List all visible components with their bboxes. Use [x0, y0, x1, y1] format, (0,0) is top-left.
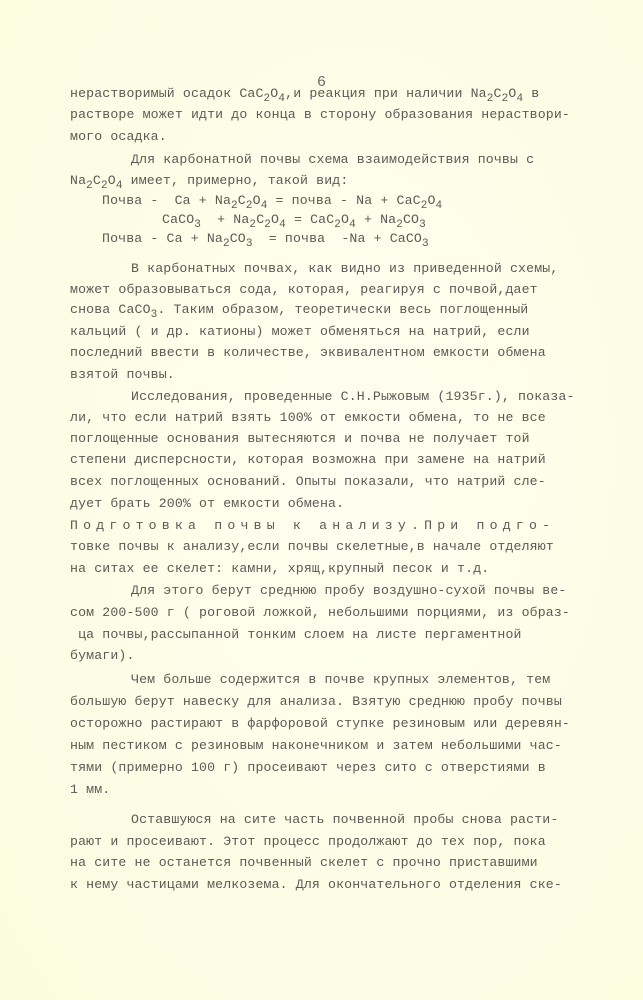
subscript: 2: [396, 219, 403, 231]
text-line: мого осадка.: [70, 129, 167, 145]
subscript: 2: [487, 93, 494, 105]
subscript: 2: [231, 200, 238, 212]
text-fragment: O: [271, 212, 279, 227]
text-line: ли, что если натрий взять 100% от емкост…: [70, 410, 546, 426]
text-fragment: O: [253, 193, 261, 208]
text-fragment: O: [341, 212, 349, 227]
text-fragment: C: [238, 193, 246, 208]
text-line-content: на сите не останется почвенный скелет с …: [70, 855, 538, 870]
subscript: 3: [422, 238, 429, 250]
subscript: 3: [246, 238, 253, 250]
text-line-content: 1 мм.: [70, 782, 110, 797]
text-line: нерастворимый осадок CaC2O4,и реакция пр…: [70, 86, 539, 102]
text-line-content: ли, что если натрий взять 100% от емкост…: [70, 410, 546, 425]
text-line: Почва - Ca + Na2C2O4 = почва - Na + CaC2…: [102, 193, 442, 209]
text-line-content: товке почвы к анализу,если почвы скелетн…: [70, 539, 554, 554]
text-fragment: CO: [403, 212, 419, 227]
text-fragment: O: [108, 173, 116, 188]
subscript: 4: [349, 219, 356, 231]
text-line: Почва - Ca + Na2CO3 = почва -Na + CaCO3: [102, 231, 429, 247]
text-line-content: нерастворимый осадок CaC: [70, 86, 264, 101]
text-line-content: Подготовка почвы к анализу: [70, 518, 411, 533]
text-line-content: сом 200-500 г ( роговой ложкой, небольши…: [70, 605, 570, 620]
text-line: на ситах ее скелет: камни, хрящ,крупный …: [70, 561, 489, 577]
subscript: 4: [279, 219, 286, 231]
text-line: на сите не останется почвенный скелет с …: [70, 855, 538, 871]
text-line-content: рают и просеивают. Этот процесс продолжа…: [70, 834, 546, 849]
text-line: может образовываться сода, которая, реаг…: [70, 282, 538, 298]
text-line: большую берут навеску для анализа. Взяту…: [70, 694, 562, 710]
text-fragment: C: [93, 173, 101, 188]
text-line-content: ным пестиком с резиновым наконечником и …: [70, 738, 562, 753]
document-page: 6 нерастворимый осадок CaC2O4,и реакция …: [0, 0, 643, 1000]
text-fragment: = CaC: [286, 212, 334, 227]
text-line: товке почвы к анализу,если почвы скелетн…: [70, 539, 554, 555]
text-line-content: всех поглощенных оснований. Опыты показа…: [70, 474, 546, 489]
text-line: взятой почвы.: [70, 367, 175, 383]
text-line-content: ца почвы,рассыпанной тонким слоем на лис…: [70, 627, 522, 642]
text-line-content: Na: [70, 173, 86, 188]
text-line-content: степени дисперсности, которая возможна п…: [70, 452, 546, 467]
text-line: Оставшуюся на сите часть почвенной пробы…: [131, 812, 558, 828]
text-line-content: взятой почвы.: [70, 367, 175, 382]
subscript: 2: [101, 180, 108, 192]
text-line: к нему частицами мелкозема. Для окончате…: [70, 877, 562, 893]
text-line-content: дует брать 200% от емкости обмена.: [70, 496, 344, 511]
text-line: кальций ( и др. катионы) может обменятьс…: [70, 324, 530, 340]
text-line: сом 200-500 г ( роговой ложкой, небольши…: [70, 605, 570, 621]
text-line: рают и просеивают. Этот процесс продолжа…: [70, 834, 546, 850]
text-fragment: = почва - Na + CaC: [267, 193, 420, 208]
text-line-content: последний ввести в количестве, эквивален…: [70, 345, 546, 360]
text-line-content: Почва - Ca + Na: [102, 193, 231, 208]
text-line: всех поглощенных оснований. Опыты показа…: [70, 474, 546, 490]
text-line: бумаги).: [70, 648, 135, 664]
text-line-content: бумаги).: [70, 648, 135, 663]
text-line: последний ввести в количестве, эквивален…: [70, 345, 546, 361]
text-line: Подготовка почвы к анализу.При подго-: [70, 518, 555, 534]
text-line-content: растворе может идти до конца в сторону о…: [70, 107, 570, 122]
text-fragment: C: [494, 86, 502, 101]
text-line-content: CaCO: [162, 212, 194, 227]
text-line: растворе может идти до конца в сторону о…: [70, 107, 570, 123]
text-line-content: мого осадка.: [70, 129, 167, 144]
text-line-content: Исследования, проведенные С.Н.Рыжовым (1…: [131, 389, 575, 404]
text-fragment: имеет, примерно, такой вид:: [123, 173, 349, 188]
text-line: CaCO3 + Na2C2O4 = CaC2O4 + Na2CO3: [162, 212, 426, 228]
text-line-content: тями (примерно 100 г) просеивают через с…: [70, 760, 546, 775]
text-line-content: на ситах ее скелет: камни, хрящ,крупный …: [70, 561, 489, 576]
subscript: 4: [436, 200, 443, 212]
text-line: Для этого берут среднюю пробу воздушно-с…: [131, 583, 566, 599]
text-fragment: = почва -Na + CaCO: [253, 231, 422, 246]
text-fragment: CO: [230, 231, 246, 246]
text-line: В карбонатных почвах, как видно из приве…: [131, 261, 558, 277]
text-line-content: Оставшуюся на сите часть почвенной пробы…: [131, 812, 558, 827]
text-fragment: + Na: [356, 212, 396, 227]
text-line-content: большую берут навеску для анализа. Взяту…: [70, 694, 562, 709]
text-line-content: В карбонатных почвах, как видно из приве…: [131, 261, 558, 276]
subscript: 2: [246, 200, 253, 212]
text-fragment: + Na: [201, 212, 249, 227]
text-line-content: поглощенные основания вытесняются и почв…: [70, 431, 530, 446]
text-line: 1 мм.: [70, 782, 110, 798]
text-line: Исследования, проведенные С.Н.Рыжовым (1…: [131, 389, 575, 405]
text-line: осторожно растирают в фарфоровой ступке …: [70, 716, 570, 732]
text-line-content: снова CaCO: [70, 302, 151, 317]
text-fragment: в: [523, 86, 539, 101]
text-line: Чем больше содержится в почве крупных эл…: [131, 672, 550, 688]
text-line: Для карбонатной почвы схема взаимодейств…: [131, 152, 534, 168]
text-line-content: к нему частицами мелкозема. Для окончате…: [70, 877, 562, 892]
text-fragment: .При подго-: [411, 518, 555, 533]
text-line: тями (примерно 100 г) просеивают через с…: [70, 760, 546, 776]
subscript: 2: [223, 238, 230, 250]
text-line: Na2C2O4 имеет, примерно, такой вид:: [70, 173, 348, 189]
text-line: дует брать 200% от емкости обмена.: [70, 496, 344, 512]
text-line-content: может образовываться сода, которая, реаг…: [70, 282, 538, 297]
text-fragment: ,и реакция при наличии Na: [285, 86, 487, 101]
subscript: 3: [419, 219, 426, 231]
subscript: 4: [116, 180, 123, 192]
text-line-content: Почва - Ca + Na: [102, 231, 223, 246]
text-line-content: осторожно растирают в фарфоровой ступке …: [70, 716, 570, 731]
text-line: поглощенные основания вытесняются и почв…: [70, 431, 530, 447]
text-line-content: Чем больше содержится в почве крупных эл…: [131, 672, 550, 687]
text-line: ным пестиком с резиновым наконечником и …: [70, 738, 562, 754]
text-line-content: Для этого берут среднюю пробу воздушно-с…: [131, 583, 566, 598]
text-line: ца почвы,рассыпанной тонким слоем на лис…: [70, 627, 522, 643]
text-line-content: кальций ( и др. катионы) может обменятьс…: [70, 324, 530, 339]
subscript: 2: [86, 180, 93, 192]
text-line-content: Для карбонатной почвы схема взаимодейств…: [131, 152, 534, 167]
text-line: степени дисперсности, которая возможна п…: [70, 452, 546, 468]
text-fragment: . Таким образом, теоретически весь погло…: [157, 302, 528, 317]
text-fragment: O: [427, 193, 435, 208]
text-line: снова CaCO3. Таким образом, теоретически…: [70, 302, 528, 318]
